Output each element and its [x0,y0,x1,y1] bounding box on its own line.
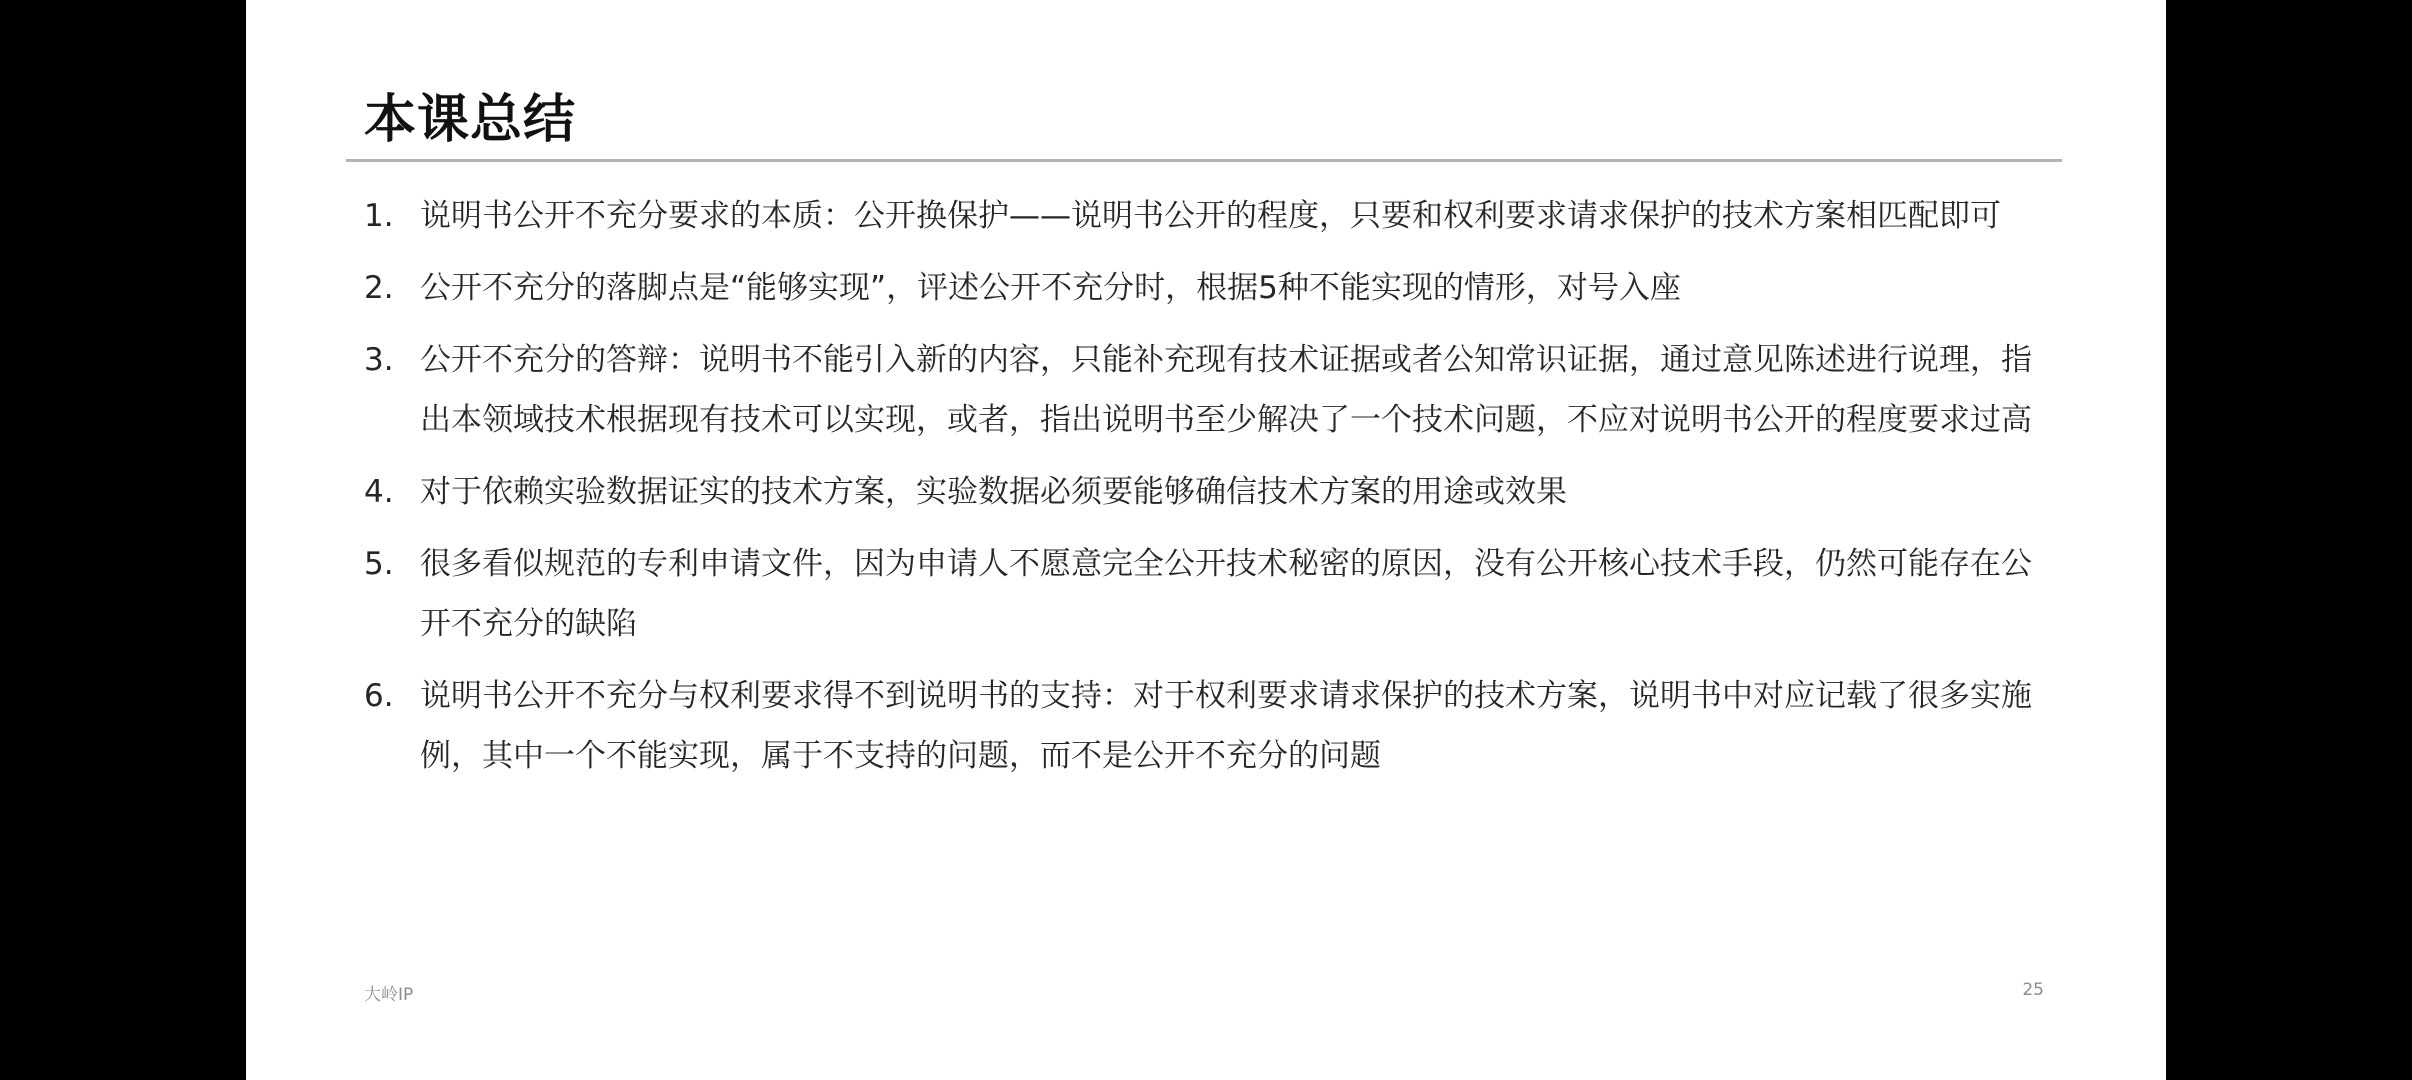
item-number: 6. [364,666,420,726]
item-text: 对于依赖实验数据证实的技术方案，实验数据必须要能够确信技术方案的用途或效果 [420,462,2044,522]
summary-list: 1. 说明书公开不充分要求的本质：公开换保护——说明书公开的程度，只要和权利要求… [364,186,2044,786]
item-text: 说明书公开不充分要求的本质：公开换保护——说明书公开的程度，只要和权利要求请求保… [420,186,2044,246]
item-number: 1. [364,186,420,246]
slide: 本课总结 1. 说明书公开不充分要求的本质：公开换保护——说明书公开的程度，只要… [246,0,2166,1080]
slide-title: 本课总结 [364,90,576,150]
title-divider [346,159,2062,162]
footer-brand: 大岭IP [364,980,413,1005]
item-text: 很多看似规范的专利申请文件，因为申请人不愿意完全公开技术秘密的原因，没有公开核心… [420,534,2044,654]
item-number: 4. [364,462,420,522]
summary-item: 3. 公开不充分的答辩：说明书不能引入新的内容，只能补充现有技术证据或者公知常识… [364,330,2044,450]
item-text: 说明书公开不充分与权利要求得不到说明书的支持：对于权利要求请求保护的技术方案，说… [420,666,2044,786]
page-number: 25 [2022,980,2044,1000]
item-number: 2. [364,258,420,318]
summary-item: 5. 很多看似规范的专利申请文件，因为申请人不愿意完全公开技术秘密的原因，没有公… [364,534,2044,654]
slide-viewer: 本课总结 1. 说明书公开不充分要求的本质：公开换保护——说明书公开的程度，只要… [0,0,2412,1080]
summary-item: 6. 说明书公开不充分与权利要求得不到说明书的支持：对于权利要求请求保护的技术方… [364,666,2044,786]
item-text: 公开不充分的落脚点是“能够实现”，评述公开不充分时，根据5种不能实现的情形，对号… [420,258,2044,318]
summary-item: 4. 对于依赖实验数据证实的技术方案，实验数据必须要能够确信技术方案的用途或效果 [364,462,2044,522]
summary-item: 1. 说明书公开不充分要求的本质：公开换保护——说明书公开的程度，只要和权利要求… [364,186,2044,246]
summary-item: 2. 公开不充分的落脚点是“能够实现”，评述公开不充分时，根据5种不能实现的情形… [364,258,2044,318]
item-text: 公开不充分的答辩：说明书不能引入新的内容，只能补充现有技术证据或者公知常识证据，… [420,330,2044,450]
item-number: 3. [364,330,420,390]
item-number: 5. [364,534,420,594]
